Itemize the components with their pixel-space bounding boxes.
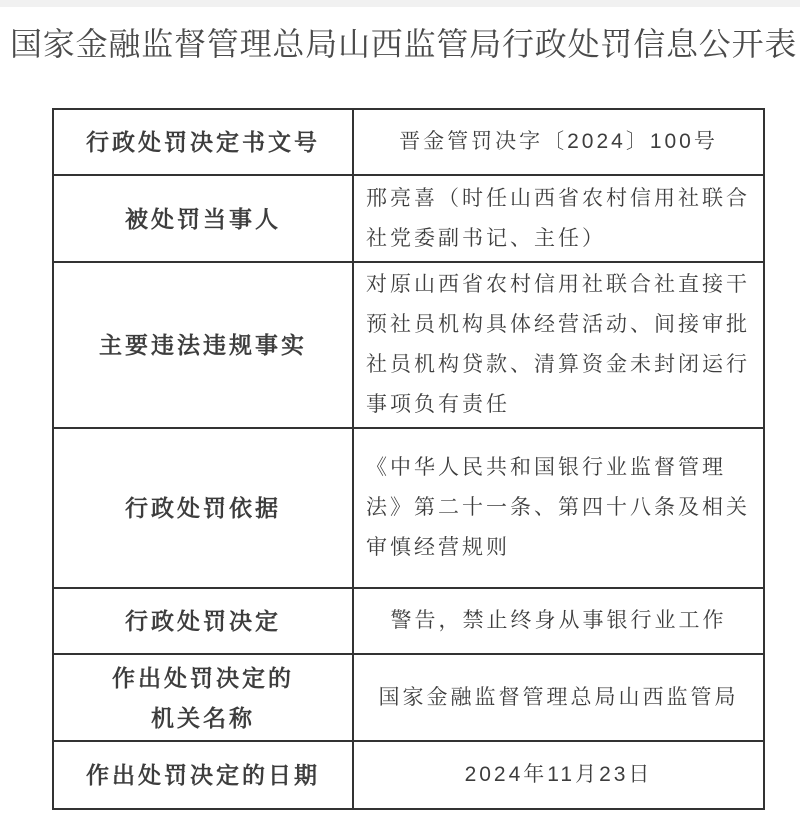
page-top-edge bbox=[0, 0, 800, 7]
row-value-violation-facts: 对原山西省农村信用社联合社直接干 预社员机构具体经营活动、间接审批 社员机构贷款… bbox=[353, 262, 764, 428]
row-label-penalty-decision: 行政处罚决定 bbox=[53, 588, 353, 654]
row-value-authority-name: 国家金融监督管理总局山西监管局 bbox=[353, 654, 764, 741]
row-label-document-number: 行政处罚决定书文号 bbox=[53, 109, 353, 175]
table-row: 行政处罚决定书文号 晋金管罚决字〔2024〕100号 bbox=[53, 109, 764, 175]
row-value-document-number: 晋金管罚决字〔2024〕100号 bbox=[353, 109, 764, 175]
table-row: 作出处罚决定的日期 2024年11月23日 bbox=[53, 741, 764, 809]
penalty-table: 行政处罚决定书文号 晋金管罚决字〔2024〕100号 被处罚当事人 邢亮喜（时任… bbox=[52, 108, 765, 810]
page-title: 国家金融监督管理总局山西监管局行政处罚信息公开表 bbox=[10, 19, 800, 65]
table-row: 被处罚当事人 邢亮喜（时任山西省农村信用社联合 社党委副书记、主任） bbox=[53, 175, 764, 262]
row-label-authority-name: 作出处罚决定的 机关名称 bbox=[53, 654, 353, 741]
row-label-decision-date: 作出处罚决定的日期 bbox=[53, 741, 353, 809]
row-value-penalized-party: 邢亮喜（时任山西省农村信用社联合 社党委副书记、主任） bbox=[353, 175, 764, 262]
table-row: 作出处罚决定的 机关名称 国家金融监督管理总局山西监管局 bbox=[53, 654, 764, 741]
row-value-penalty-decision: 警告，禁止终身从事银行业工作 bbox=[353, 588, 764, 654]
table-row: 主要违法违规事实 对原山西省农村信用社联合社直接干 预社员机构具体经营活动、间接… bbox=[53, 262, 764, 428]
row-label-penalty-basis: 行政处罚依据 bbox=[53, 428, 353, 588]
table-row: 行政处罚决定 警告，禁止终身从事银行业工作 bbox=[53, 588, 764, 654]
row-label-violation-facts: 主要违法违规事实 bbox=[53, 262, 353, 428]
row-label-penalized-party: 被处罚当事人 bbox=[53, 175, 353, 262]
row-value-penalty-basis: 《中华人民共和国银行业监督管理 法》第二十一条、第四十八条及相关 审慎经营规则 bbox=[353, 428, 764, 588]
row-value-decision-date: 2024年11月23日 bbox=[353, 741, 764, 809]
table-row: 行政处罚依据 《中华人民共和国银行业监督管理 法》第二十一条、第四十八条及相关 … bbox=[53, 428, 764, 588]
